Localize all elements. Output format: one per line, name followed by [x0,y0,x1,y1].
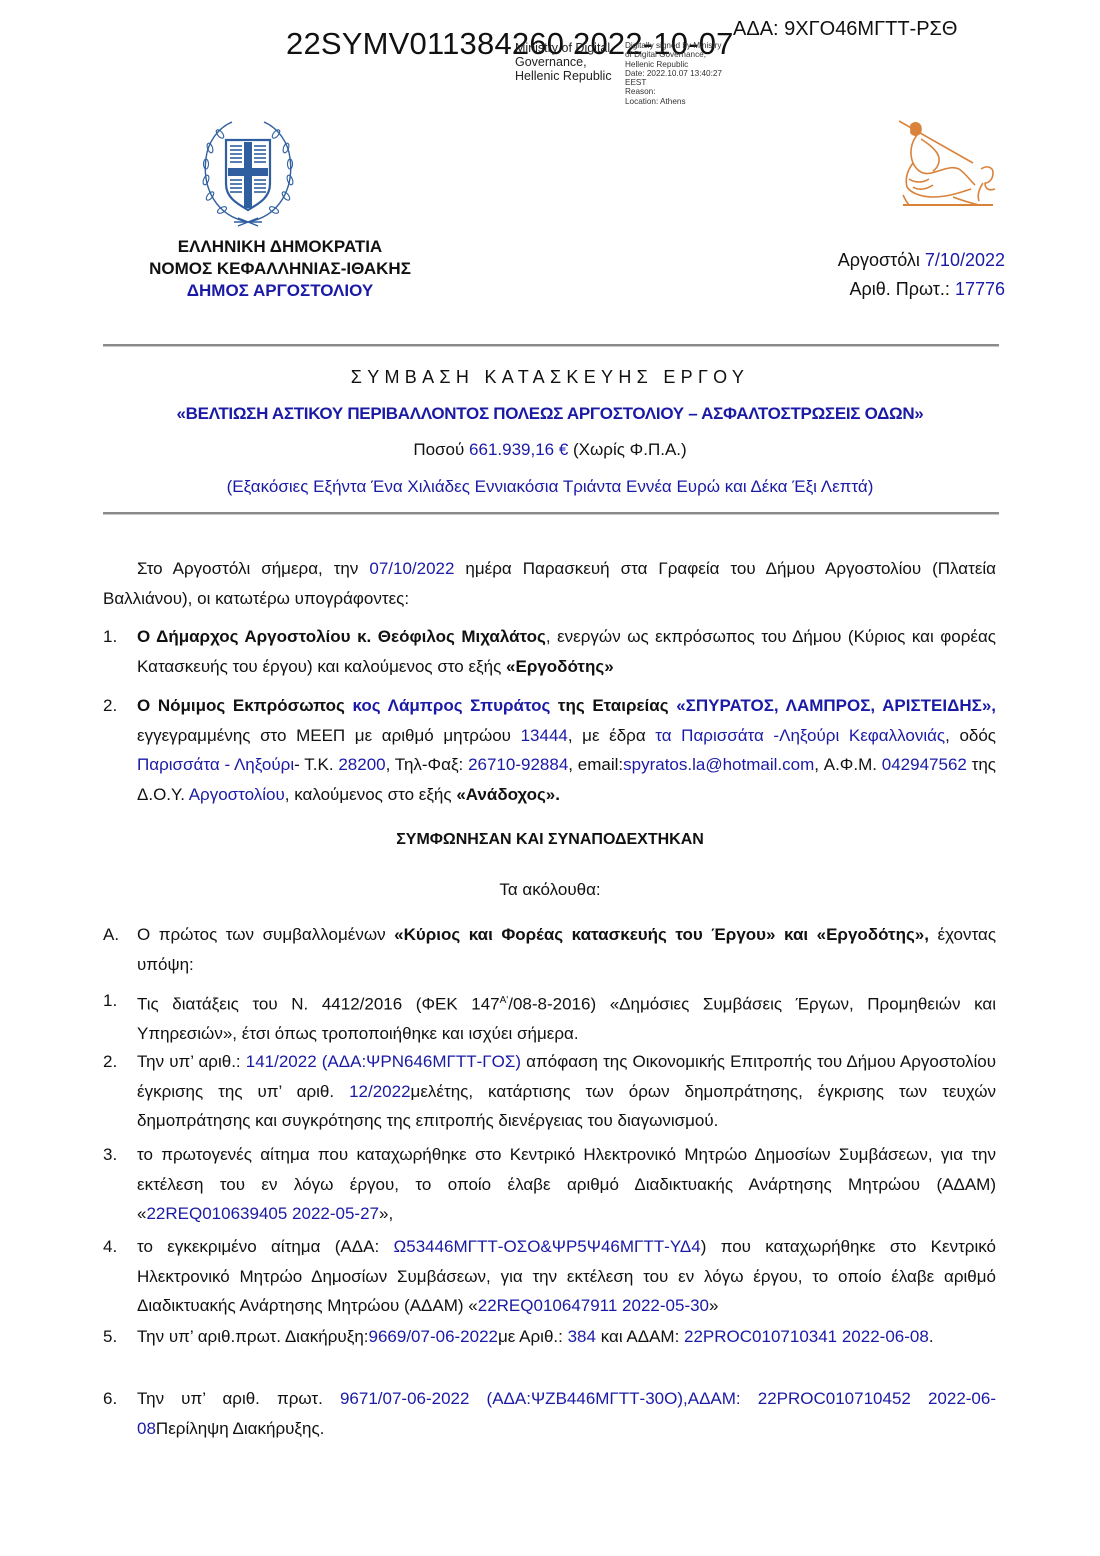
party-employer: 1. Ο Δήμαρχος Αργοστολίου κ. Θεόφιλος Μι… [103,622,996,681]
intro-paragraph: Στο Αργοστόλι σήμερα, την 07/10/2022 ημέ… [103,554,996,613]
protocol-label: Αριθ. Πρωτ.: [850,279,955,299]
consideration-text: Τις διατάξεις του Ν. 4412/2016 (ΦΕΚ 147 [137,995,500,1014]
consideration-4: 4. το εγκεκριμένο αίτημα (ΑΔΑ: Ω53446ΜΓΤ… [103,1232,996,1321]
issuer-country: ΕΛΛΗΝΙΚΗ ΔΗΜΟΚΡΑΤΙΑ [130,236,430,258]
representative-label: Ο Νόμιμος Εκπρόσωπος [137,696,353,715]
consideration-text: το εγκεκριμένο αίτημα (ΑΔΑ: [137,1237,394,1256]
list-number: 3. [103,1140,137,1170]
adam-reference: 22PROC010710341 2022-06-08 [684,1327,929,1346]
party-text: , email: [568,755,623,774]
issuer-header: ΕΛΛΗΝΙΚΗ ΔΗΜΟΚΡΑΤΙΑ ΝΟΜΟΣ ΚΕΦΑΛΛΗΝΙΑΣ-ΙΘ… [130,236,430,302]
clause-text: Ο πρώτος των συμβαλλομένων [137,925,394,944]
clause-bold: «Κύριος και Φορέας κατασκευής του Έργου»… [394,925,929,944]
consideration-3: 3. το πρωτογενές αίτημα που καταχωρήθηκε… [103,1140,996,1229]
consideration-text: και ΑΔΑΜ: [596,1327,684,1346]
ada-reference: Ω53446ΜΓΤΤ-ΟΣΟ&ΨΡ5Ψ46ΜΓΤΤ-ΥΔ4 [394,1237,701,1256]
consideration-text: Την υπ’ αριθ.πρωτ. Διακήρυξη: [137,1327,369,1346]
company-name: «ΣΠΥΡΑΤΟΣ, ΛΑΜΠΡΟΣ, ΑΡΙΣΤΕΙΔΗΣ», [676,696,996,715]
consideration-text: Την υπ’ αριθ.: [137,1052,246,1071]
mayor-name: Ο Δήμαρχος Αργοστολίου κ. Θεόφιλος Μιχαλ… [137,627,546,646]
email-link[interactable]: spyratos.la@hotmail.com [623,755,814,774]
party-text: - Τ.Κ. [294,755,338,774]
list-number: Α. [103,920,137,950]
intro-text: Στο Αργοστόλι σήμερα, την [137,559,369,578]
study-reference: 12/2022 [349,1082,410,1101]
agreed-heading: ΣΥΜΦΩΝΗΣΑΝ ΚΑΙ ΣΥΝΑΠΟΔΕΧΤΗΚΑΝ [0,831,1100,849]
tender-reference: 9669/07-06-2022 [369,1327,499,1346]
list-number: 4. [103,1232,137,1262]
digital-signature-details: Digitally signed by Ministry of Digital … [625,41,722,106]
digital-signature-signer: Ministry of Digital Governance, Hellenic… [515,41,612,83]
clause-a: Α. Ο πρώτος των συμβαλλομένων «Κύριος κα… [103,920,996,979]
divider-bottom [103,512,999,515]
consideration-text: Την υπ’ αριθ. πρωτ. [137,1389,340,1408]
list-number: 1. [103,622,137,652]
consideration-text: » [709,1296,718,1315]
statue-logo-icon [893,117,1008,212]
party-contractor: 2. Ο Νόμιμος Εκπρόσωπος κος Λάμπρος Σπυρ… [103,691,996,809]
registry-number: 13444 [521,726,568,745]
project-title: «ΒΕΛΤΙΩΣΗ ΑΣΤΙΚΟΥ ΠΕΡΙΒΑΛΛΟΝΤΟΣ ΠΟΛΕΩΣ Α… [0,404,1100,424]
gazette-issue: Α' [500,995,509,1006]
party-text: εγγεγραμμένης στο ΜΕΕΠ με αριθμό μητρώου [137,726,521,745]
divider-top [103,344,999,347]
document-date: 7/10/2022 [925,250,1005,270]
coat-of-arms-icon [198,118,298,230]
amount-in-words: (Εξακόσιες Εξήντα Ένα Χιλιάδες Εννιακόσι… [0,477,1100,497]
contractor-label: «Ανάδοχος». [456,785,560,804]
amount-value: 661.939,16 € [469,440,568,459]
protocol-line: Αριθ. Πρωτ.: 17776 [838,275,1005,304]
amount-prefix: Ποσού [413,440,469,459]
employer-label: «Εργοδότης» [506,657,614,676]
amount-suffix: (Χωρίς Φ.Π.Α.) [568,440,686,459]
phone-fax: 26710-92884 [468,755,568,774]
list-number: 1. [103,986,137,1016]
document-meta: Αργοστόλι 7/10/2022 Αριθ. Πρωτ.: 17776 [838,246,1005,304]
intro-date: 07/10/2022 [369,559,454,578]
consideration-1: 1. Τις διατάξεις του Ν. 4412/2016 (ΦΕΚ 1… [103,986,996,1049]
adam-reference: 22REQ010647911 2022-05-30 [478,1296,709,1315]
representative-name: κος Λάμπρος Σπυράτος [353,696,551,715]
contract-title: ΣΥΜΒΑΣΗ ΚΑΤΑΣΚΕΥΗΣ ΕΡΓΟΥ [0,367,1100,388]
tax-id: 042947562 [882,755,967,774]
company-seat: τα Παρισσάτα -Ληξούρι Κεφαλλονιάς [655,726,945,745]
tax-office: Αργοστολίου [189,785,285,804]
document-place: Αργοστόλι [838,250,925,270]
consideration-text: », [379,1204,393,1223]
list-number: 2. [103,1047,137,1077]
following-label: Τα ακόλουθα: [0,880,1100,900]
issuer-municipality: ΔΗΜΟΣ ΑΡΓΟΣΤΟΛΙΟΥ [130,280,430,302]
party-text: , οδός [945,726,996,745]
street: Παρισσάτα - Ληξούρι [137,755,294,774]
contract-amount: Ποσού 661.939,16 € (Χωρίς Φ.Π.Α.) [0,440,1100,460]
tender-number: 384 [568,1327,596,1346]
consideration-text: Περίληψη Διακήρυξης. [156,1419,324,1438]
consideration-6: 6. Την υπ’ αριθ. πρωτ. 9671/07-06-2022 (… [103,1384,996,1443]
adam-reference: 22REQ010639405 2022-05-27 [146,1204,379,1223]
consideration-text: . [929,1327,934,1346]
company-label: της Εταιρείας [550,696,676,715]
decision-reference: 141/2022 (ΑΔΑ:ΨΡΝ646ΜΓΤΤ-ΓΟΣ) [246,1052,521,1071]
postcode: 28200 [338,755,385,774]
issuer-prefecture: ΝΟΜΟΣ ΚΕΦΑΛΛΗΝΙΑΣ-ΙΘΑΚΗΣ [130,258,430,280]
list-number: 6. [103,1384,137,1414]
party-text: , καλούμενος στο εξής [285,785,457,804]
document-date-line: Αργοστόλι 7/10/2022 [838,246,1005,275]
list-number: 2. [103,691,137,721]
consideration-text: με Αριθ.: [498,1327,568,1346]
consideration-5: 5. Την υπ’ αριθ.πρωτ. Διακήρυξη:9669/07-… [103,1322,996,1352]
list-number: 5. [103,1322,137,1352]
party-text: , με έδρα [568,726,655,745]
party-text: , Α.Φ.Μ. [814,755,882,774]
consideration-2: 2. Την υπ’ αριθ.: 141/2022 (ΑΔΑ:ΨΡΝ646ΜΓ… [103,1047,996,1136]
ada-stamp: ΑΔΑ: 9ΧΓΟ46ΜΓΤΤ-ΡΣΘ [733,18,957,41]
protocol-number: 17776 [955,279,1005,299]
party-text: , Τηλ-Φαξ: [386,755,468,774]
